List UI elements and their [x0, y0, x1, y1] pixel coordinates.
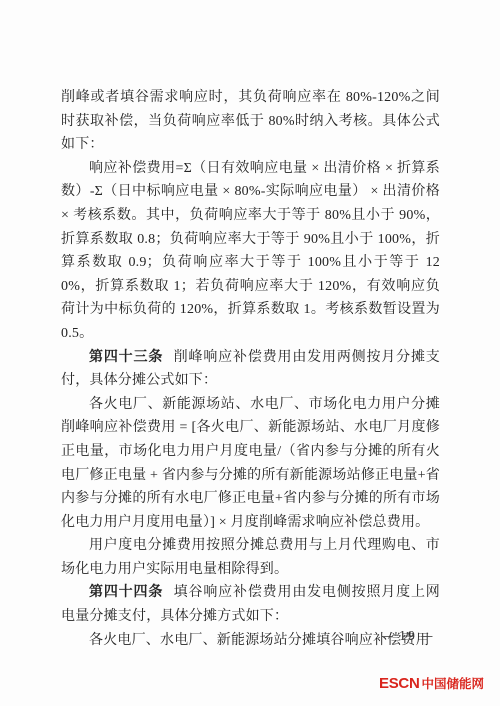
paragraph: 削峰或者填谷需求响应时，其负荷响应率在 80%-120%之间时获取补偿，当负荷响… — [61, 86, 440, 157]
article-44-heading: 第四十四条 — [89, 585, 163, 600]
escn-logo: ESCN中国储能网 — [379, 675, 484, 692]
paragraph-text: 用户度电分摊费用按照分摊总费用与上月代理购电、市场化电力用户实际用电量相除得到。 — [61, 538, 440, 577]
paragraph: 响应补偿费用=Σ（日有效响应电量 × 出清价格 × 折算系数）-Σ（日中标响应电… — [61, 157, 440, 346]
document-body: 削峰或者填谷需求响应时，其负荷响应率在 80%-120%之间时获取补偿，当负荷响… — [61, 86, 440, 652]
paragraph-text: 各火电厂、水电厂、新能源场站分摊填谷响应补偿费用 — [89, 633, 430, 648]
article-43-heading: 第四十三条 — [89, 350, 163, 365]
paragraph-text: 削峰或者填谷需求响应时，其负荷响应率在 80%-120%之间时获取补偿，当负荷响… — [61, 90, 440, 152]
paragraph-text: 各火电厂、新能源场站、水电厂、市场化电力用户分摊削峰响应补偿费用 = [各火电厂… — [61, 397, 440, 530]
paragraph-article-44: 第四十四条填谷响应补偿费用由发电侧按照月度上网电量分摊支付，具体分摊方式如下： — [61, 581, 440, 628]
document-page: 削峰或者填谷需求响应时，其负荷响应率在 80%-120%之间时获取补偿，当负荷响… — [0, 0, 500, 706]
paragraph-article-43: 第四十三条削峰响应补偿费用由发用两侧按月分摊支付，具体分摊公式如下： — [61, 346, 440, 393]
paragraph: 用户度电分摊费用按照分摊总费用与上月代理购电、市场化电力用户实际用电量相除得到。 — [61, 534, 440, 581]
page-number: — 19 — — [381, 629, 434, 643]
escn-logo-latin: ESCN — [379, 675, 419, 692]
escn-logo-chinese: 中国储能网 — [421, 676, 484, 691]
paragraph-text: 响应补偿费用=Σ（日有效响应电量 × 出清价格 × 折算系数）-Σ（日中标响应电… — [61, 161, 440, 341]
paragraph: 各火电厂、新能源场站、水电厂、市场化电力用户分摊削峰响应补偿费用 = [各火电厂… — [61, 393, 440, 535]
